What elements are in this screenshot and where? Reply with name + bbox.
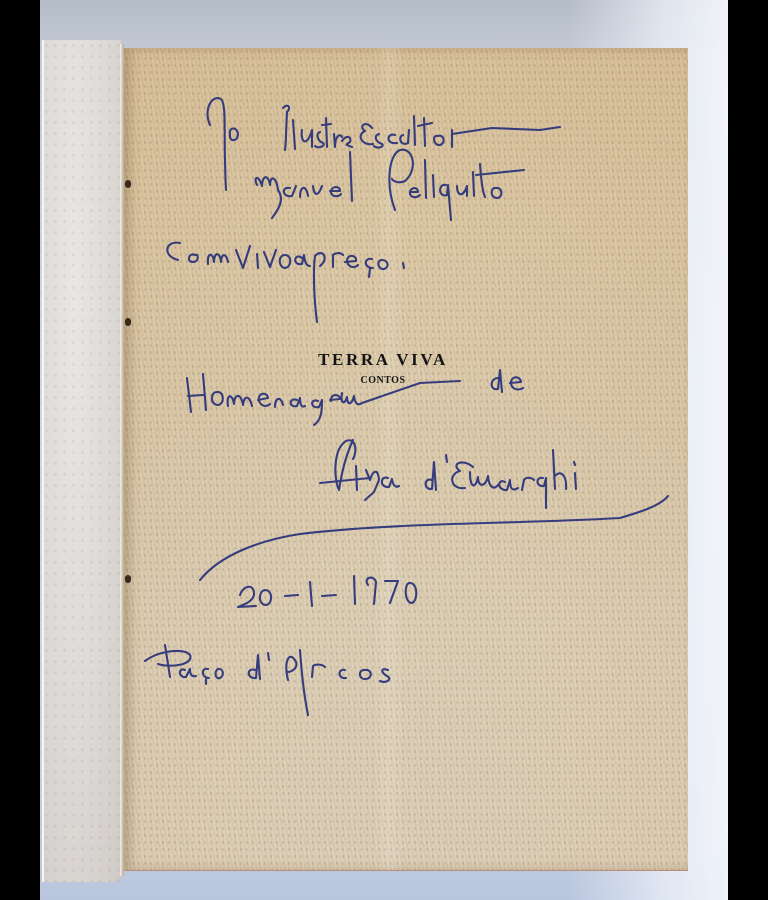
book-flyleaf-page xyxy=(124,48,688,870)
binding-stitch xyxy=(125,575,131,583)
binding-stitch xyxy=(125,180,131,188)
left-black-border xyxy=(0,0,40,900)
binding-stitch xyxy=(125,318,131,326)
printed-book-subtitle: CONTOS xyxy=(353,375,413,386)
right-black-border xyxy=(728,0,768,900)
book-cover-edge xyxy=(42,40,122,882)
printed-book-title: TERRA VIVA xyxy=(303,350,463,370)
